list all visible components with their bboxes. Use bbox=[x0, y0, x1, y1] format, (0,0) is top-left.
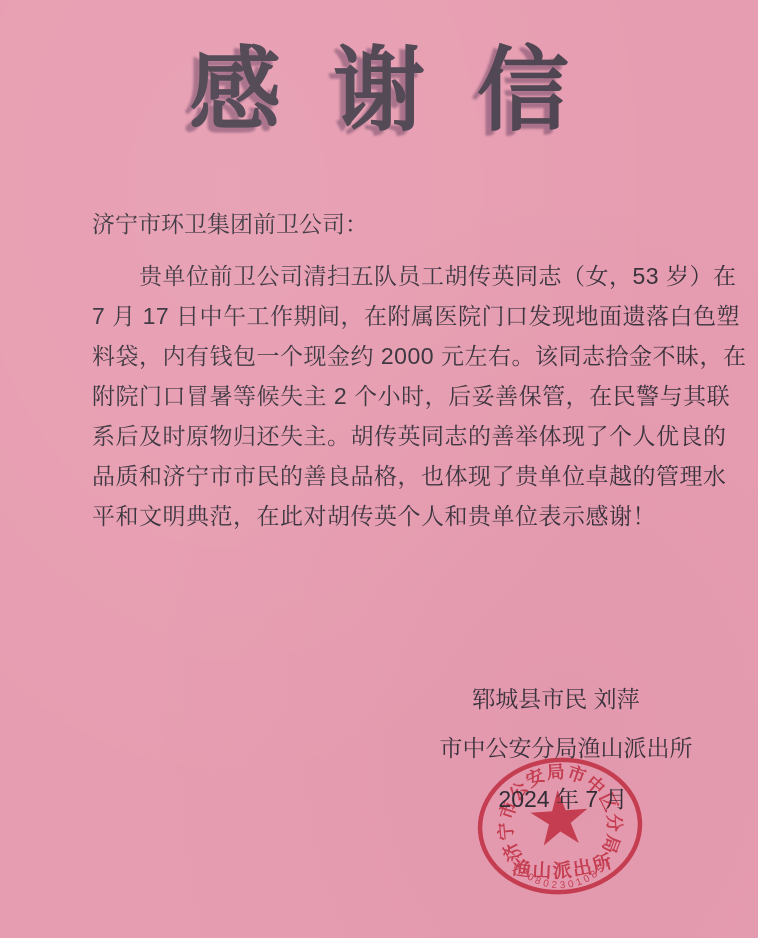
letter-title: 感谢信 bbox=[0, 42, 758, 138]
body-line: 7 月 17 日中午工作期间，在附属医院门口发现地面遗落白色塑 bbox=[92, 296, 702, 336]
thank-you-letter-page: 感谢信 济宁市环卫集团前卫公司： 贵单位前卫公司清扫五队员工胡传英同志（女，53… bbox=[0, 0, 758, 938]
body-line: 系后及时原物归还失主。胡传英同志的善举体现了个人优良的 bbox=[92, 416, 702, 456]
letter-body: 贵单位前卫公司清扫五队员工胡传英同志（女，53 岁）在 7 月 17 日中午工作… bbox=[92, 256, 702, 536]
body-line: 品质和济宁市市民的善良品格，也体现了贵单位卓越的管理水 bbox=[92, 456, 702, 496]
body-line: 平和文明典范，在此对胡传英个人和贵单位表示感谢！ bbox=[92, 496, 702, 536]
body-line: 料袋，内有钱包一个现金约 2000 元左右。该同志拾金不昧，在 bbox=[92, 336, 702, 376]
body-line: 贵单位前卫公司清扫五队员工胡传英同志（女，53 岁）在 bbox=[92, 256, 702, 296]
letter-date: 2024 年 7 月 bbox=[403, 784, 723, 814]
recipient-line: 济宁市环卫集团前卫公司： bbox=[92, 208, 368, 240]
signature-citizen: 郓城县市民 刘萍 bbox=[396, 684, 716, 714]
official-seal: 济宁市公安局市中区分局 渔山派出所 3708023010852 bbox=[454, 724, 667, 927]
body-line: 附院门口冒暑等候失主 2 个小时，后妥善保管，在民警与其联 bbox=[92, 376, 702, 416]
